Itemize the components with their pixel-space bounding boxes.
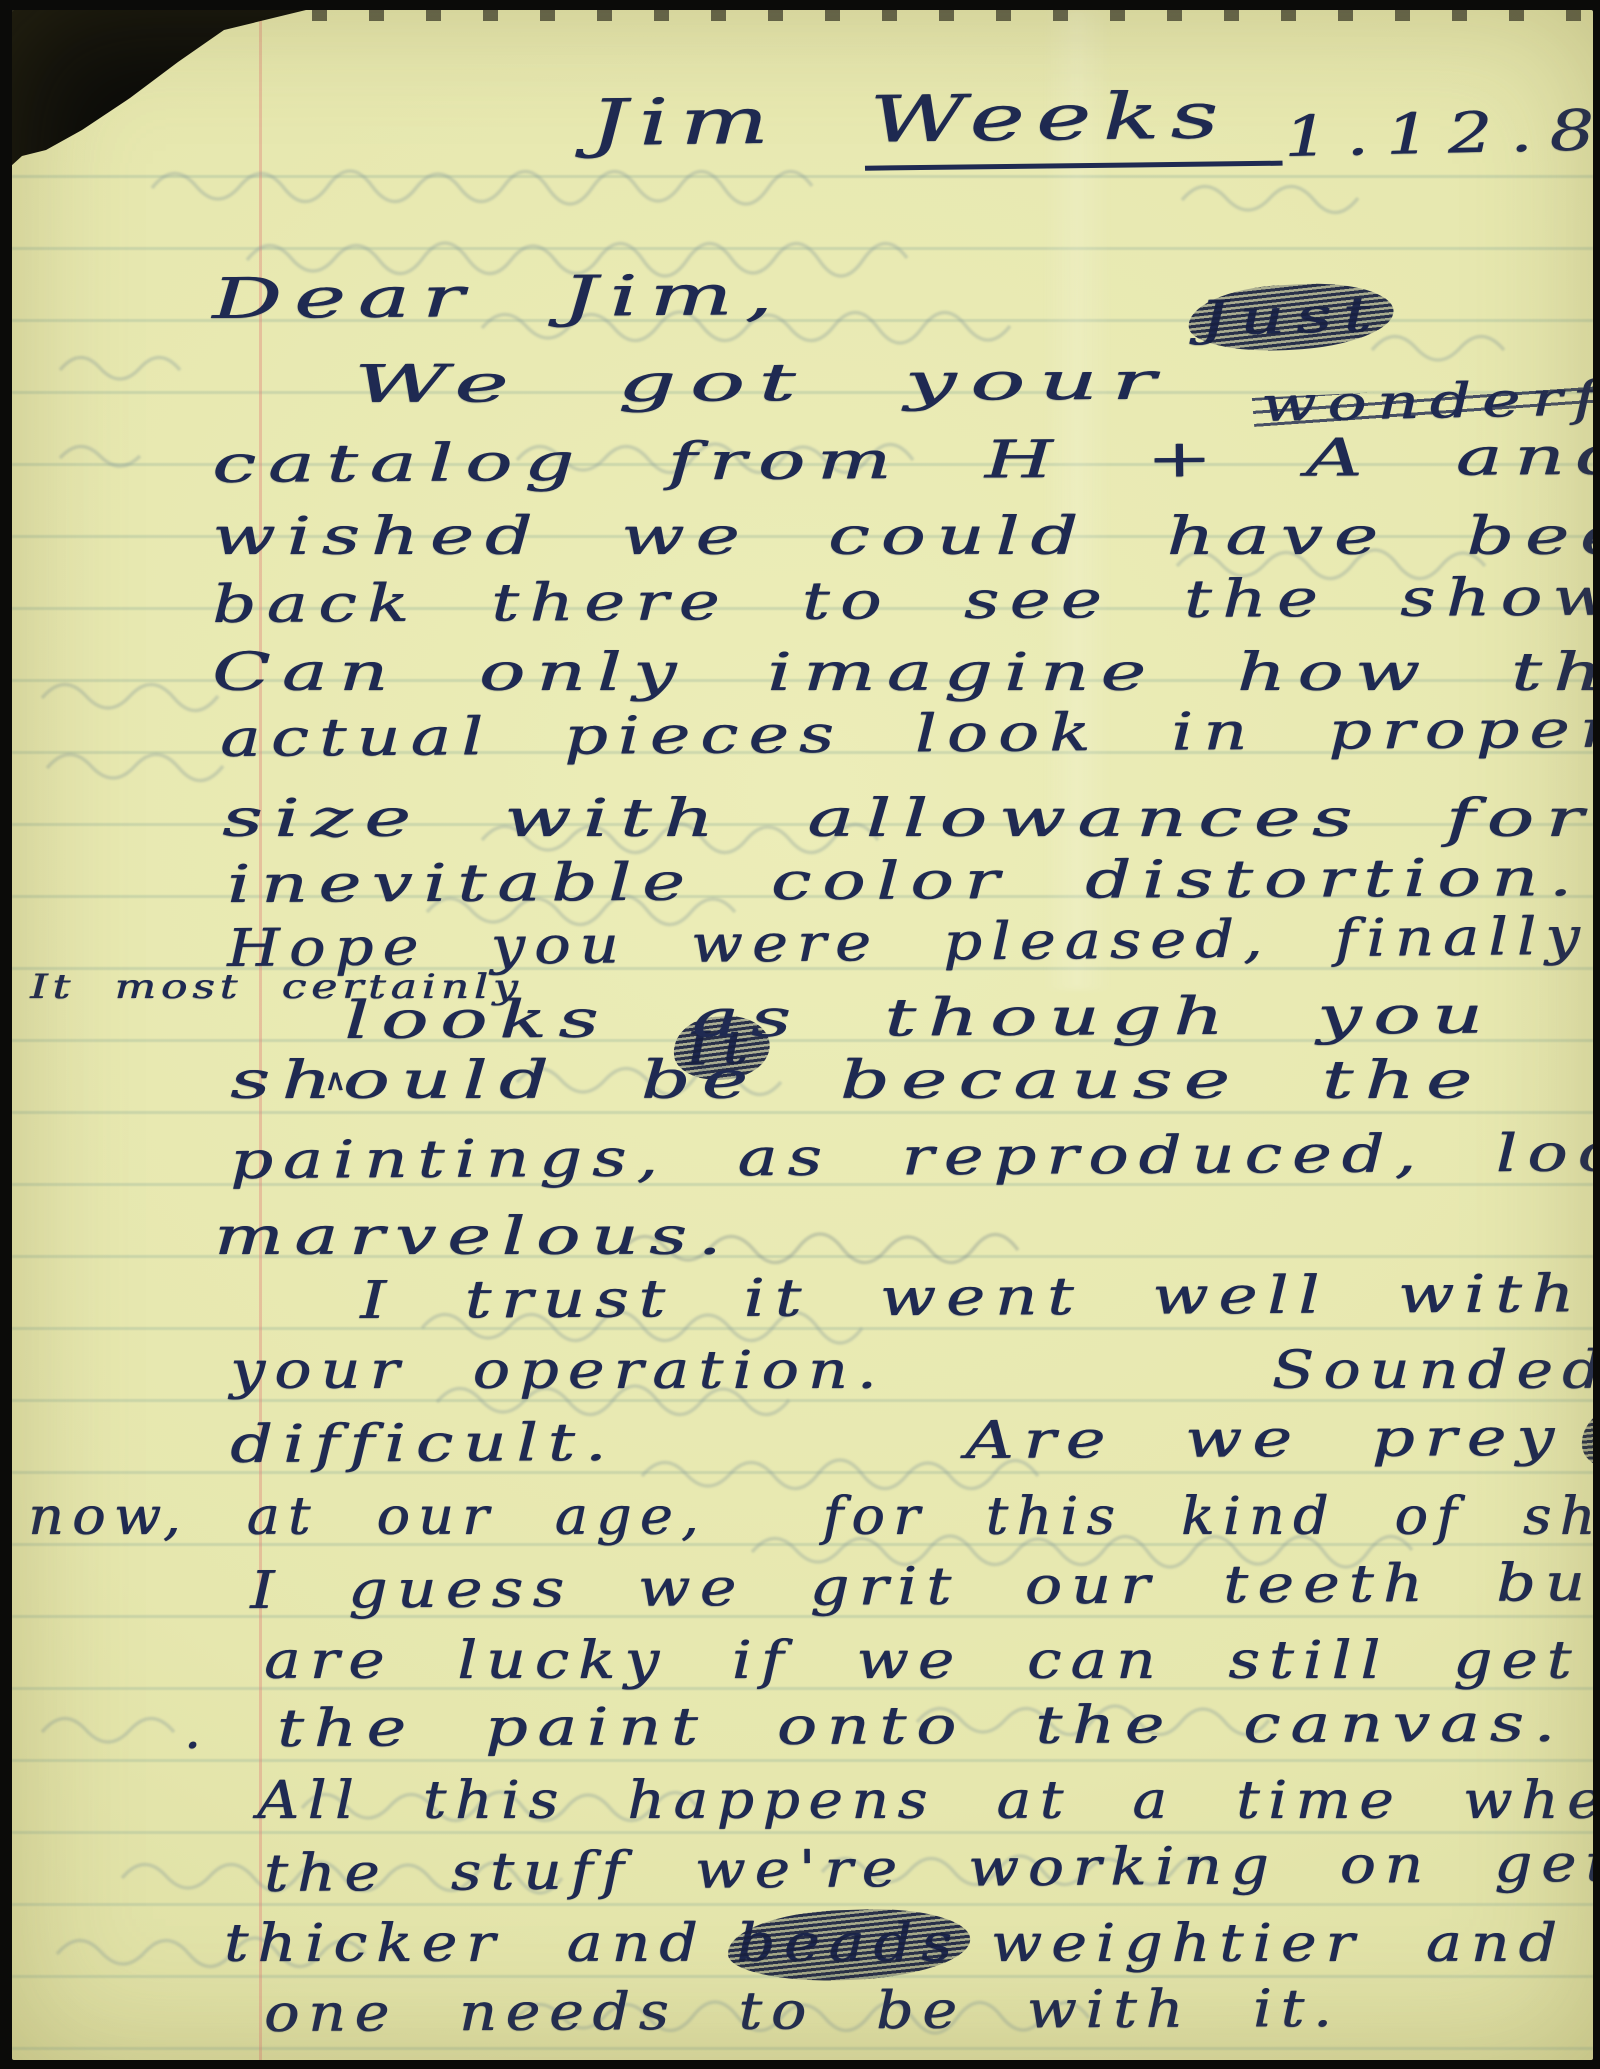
letter-line: catalog from H + A and [212,428,1593,496]
letter-line: actual pieces look in proper [220,701,1593,770]
letter-line: I trust it went well with [360,1265,1584,1332]
margin-period: . [184,1702,209,1762]
letter-line: one needs to be with it. So [264,1978,1593,2045]
letter-line: marvelous. [214,1208,732,1268]
scratched-out-word: Just [1198,288,1383,348]
perforated-edge [312,10,1593,21]
letter-line: the paint onto the canvas. [277,1695,1565,1760]
letter-line-text: weightier and [991,1914,1566,1974]
letter-line: We got your [354,353,1169,416]
letter-line: back there to see the show. [212,568,1593,635]
letter-line: wished we could have been [212,508,1593,568]
letter-date: 1.12.85 [1283,98,1593,171]
scratched-out-word: beads [736,1915,960,1975]
scratched-out-word: at [1592,1408,1593,1468]
letter-line: are lucky if we can still get [264,1632,1580,1692]
recipient-first-name: Jim [589,85,781,161]
letter-line: paintings, as reproduced, look [230,1124,1593,1192]
letter-line: size with allowances for [222,790,1593,850]
letter-line: looks as though you [344,987,1495,1052]
letter-line: difficult. Are we preyat [230,1408,1593,1476]
letter-line-text: difficult. Are we prey [230,1408,1565,1475]
salutation: Dear Jim, [211,264,784,332]
letter-line: now, at our age, for this kind of shit? [28,1488,1593,1548]
letter-line: I guess we grit our teeth but [250,1554,1593,1622]
recipient-last-name: Weeks [863,79,1283,171]
letter-line: the stuff we're working on gets [264,1834,1593,1904]
letter-line: should be because the [230,1052,1483,1112]
letter-line: thicker andbeadsweightier and [224,1915,1566,1975]
letter-line: inevitable color distortion. [227,849,1583,916]
legal-pad-page: Jim Weeks 1.12.85 Dear Jim, Just We got … [12,10,1593,2060]
letter-line-text: thicker and [224,1914,707,1974]
scratched-out-word: wonderful [1260,370,1593,434]
letter-scan: Jim Weeks 1.12.85 Dear Jim, Just We got … [0,0,1600,2069]
letter-line: All this happens at a time when [257,1772,1593,1832]
letter-line: your operation. Sounded [230,1342,1593,1402]
letter-line: Can only imagine how the [212,644,1593,704]
letter-header: Jim Weeks [589,80,1283,162]
